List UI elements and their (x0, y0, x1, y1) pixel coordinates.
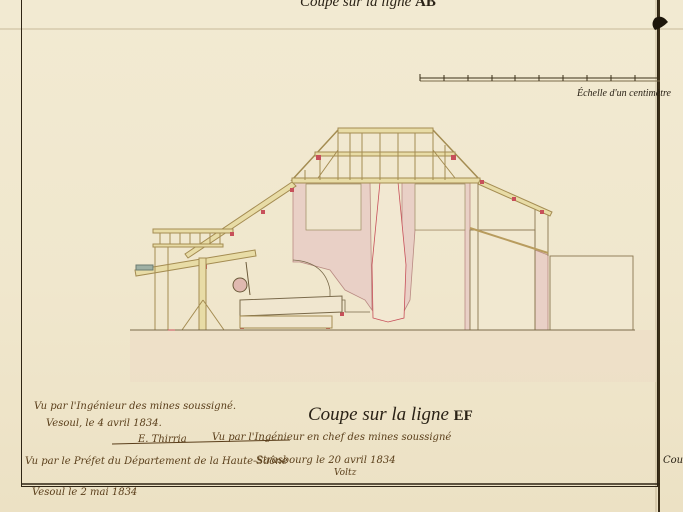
signature-thirria: E. Thirria (138, 434, 187, 445)
annotation-vesoul-may: Vesoul le 2 mai 1834 (32, 487, 137, 498)
annotation-prefet: Vu par le Préfet du Département de la Ha… (25, 456, 288, 467)
right-margin-fragment: Coup (663, 455, 683, 466)
scale-bar (420, 74, 660, 81)
right-buildings (470, 182, 633, 330)
annotation-strasbourg: Strasbourg le 20 avril 1834 (256, 455, 396, 466)
scale-label: Échelle d'un centimètre (577, 88, 671, 99)
title-text: Coupe sur la ligne (308, 404, 449, 425)
annotation-vu-chef: Vu par l'Ingénieur en chef des mines sou… (212, 432, 451, 443)
section-title-ef: Coupe sur la ligne EF (308, 404, 473, 426)
annotation-vesoul-april: Vesoul, le 4 avril 1834. (46, 418, 162, 429)
ink-blot (653, 17, 669, 30)
signature-voltz: Voltz (334, 468, 356, 478)
ground-wash (130, 330, 656, 382)
annotation-vu-ingenieur: Vu par l'Ingénieur des mines soussigné. (34, 401, 236, 412)
title-label: EF (454, 408, 473, 424)
